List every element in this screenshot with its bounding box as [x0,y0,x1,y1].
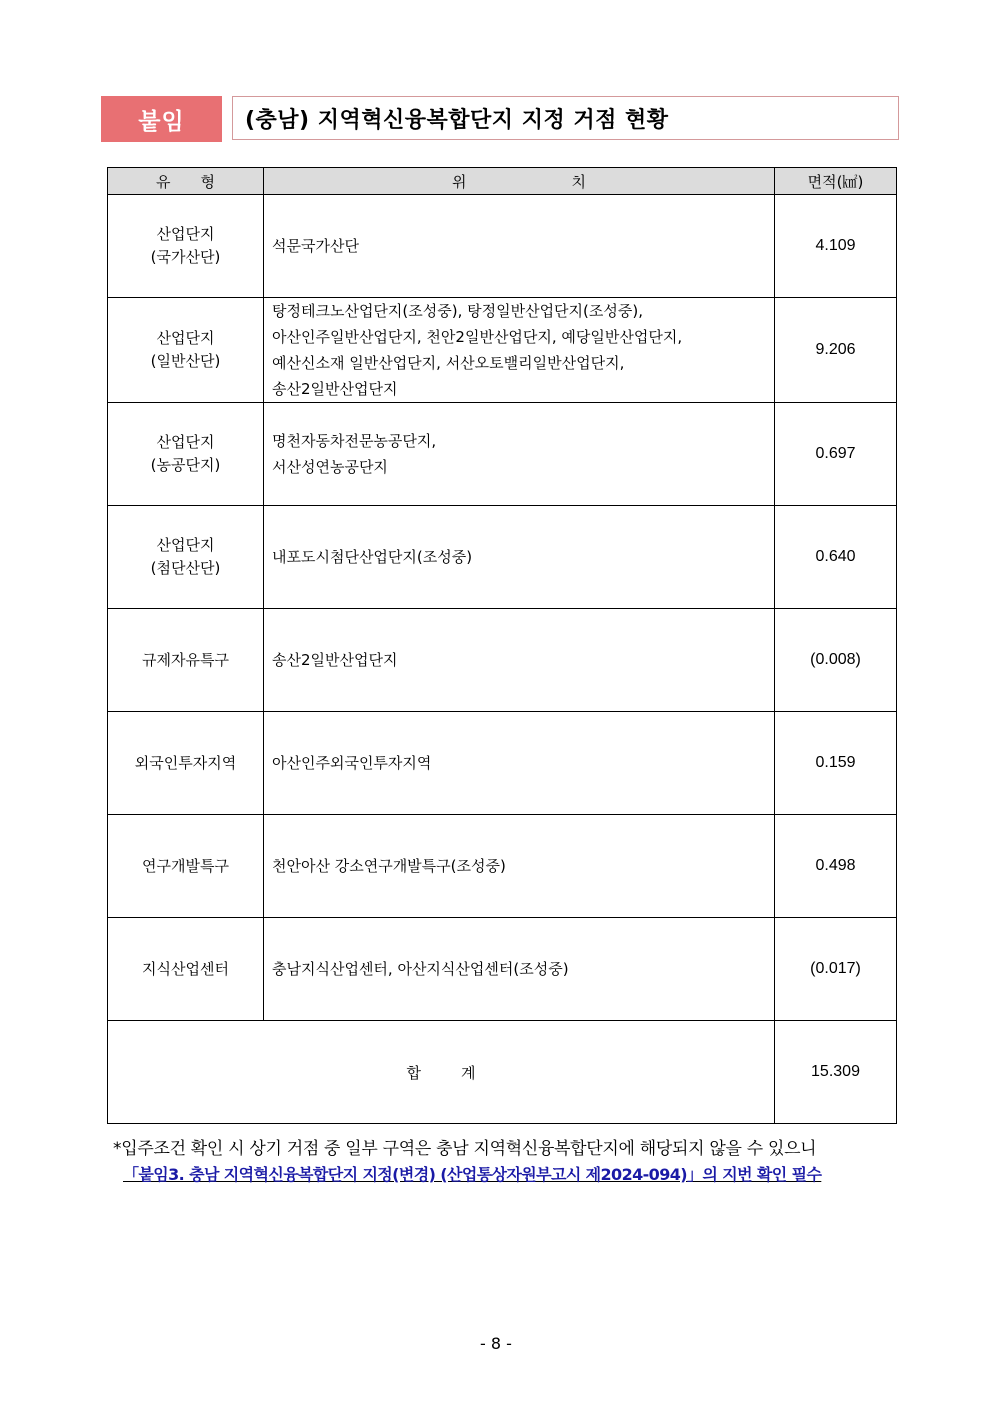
type-cell: 산업단지 (농공단지) [108,403,264,506]
type-label: 외국인투자지역 [108,752,263,775]
location-cell: 내포도시첨단산업단지(조성중) [264,506,775,609]
location-line: 탕정테크노산업단지(조성중), 탕정일반산업단지(조성중), [272,298,774,324]
table-row: 연구개발특구 천안아산 강소연구개발특구(조성중) 0.498 [108,815,897,918]
column-header-location: 위 치 [264,168,775,195]
area-cell: 0.498 [775,815,897,918]
location-cell: 아산인주외국인투자지역 [264,712,775,815]
location-line: 아산인주일반산업단지, 천안2일반산업단지, 예당일반산업단지, [272,324,774,350]
location-cell: 석문국가산단 [264,195,775,298]
type-cell: 연구개발특구 [108,815,264,918]
table-row: 외국인투자지역 아산인주외국인투자지역 0.159 [108,712,897,815]
location-line: 아산인주외국인투자지역 [272,750,774,776]
location-line: 명천자동차전문농공단지, [272,428,774,454]
column-header-area: 면적(㎢) [775,168,897,195]
location-line: 충남지식산업센터, 아산지식산업센터(조성중) [272,956,774,982]
type-label: 산업단지 [108,431,263,454]
location-cell: 천안아산 강소연구개발특구(조성중) [264,815,775,918]
type-cell: 산업단지 (국가산단) [108,195,264,298]
table-row: 산업단지 (첨단산단) 내포도시첨단산업단지(조성중) 0.640 [108,506,897,609]
type-label: 산업단지 [108,223,263,246]
location-line: 예산신소재 일반산업단지, 서산오토밸리일반산업단지, [272,350,774,376]
location-cell: 탕정테크노산업단지(조성중), 탕정일반산업단지(조성중), 아산인주일반산업단… [264,298,775,403]
type-cell: 산업단지 (일반산단) [108,298,264,403]
type-sublabel: (국가산단) [108,246,263,269]
table-row: 산업단지 (일반산단) 탕정테크노산업단지(조성중), 탕정일반산업단지(조성중… [108,298,897,403]
column-header-type: 유 형 [108,168,264,195]
title-box: (충남) 지역혁신융복합단지 지정 거점 현황 [232,96,899,140]
attachment-title-bar: 붙임 (충남) 지역혁신융복합단지 지정 거점 현황 [101,96,901,142]
table-row: 지식산업센터 충남지식산업센터, 아산지식산업센터(조성중) (0.017) [108,918,897,1021]
location-cell: 충남지식산업센터, 아산지식산업센터(조성중) [264,918,775,1021]
type-label: 지식산업센터 [108,958,263,981]
type-label: 규제자유특구 [108,649,263,672]
total-area-cell: 15.309 [775,1021,897,1124]
area-cell: 0.159 [775,712,897,815]
total-label-left: 합 [407,1064,422,1082]
location-line: 송산2일반산업단지 [272,647,774,673]
attachment-badge: 붙임 [101,96,222,142]
table-row: 산업단지 (농공단지) 명천자동차전문농공단지, 서산성연농공단지 0.697 [108,403,897,506]
location-cell: 송산2일반산업단지 [264,609,775,712]
table-header-row: 유 형 위 치 면적(㎢) [108,168,897,195]
type-sublabel: (농공단지) [108,454,263,477]
area-cell: 0.640 [775,506,897,609]
type-cell: 지식산업센터 [108,918,264,1021]
area-cell: 9.206 [775,298,897,403]
footnote-line: *입주조건 확인 시 상기 거점 중 일부 구역은 충남 지역혁신융복합단지에 … [113,1136,903,1162]
table-row: 규제자유특구 송산2일반산업단지 (0.008) [108,609,897,712]
page-title: (충남) 지역혁신융복합단지 지정 거점 현황 [245,103,669,134]
total-label-right: 계 [461,1064,476,1082]
location-line: 천안아산 강소연구개발특구(조성중) [272,853,774,879]
total-label-cell: 합계 [108,1021,775,1124]
type-sublabel: (일반산단) [108,350,263,373]
designated-sites-table: 유 형 위 치 면적(㎢) 산업단지 (국가산단) 석문국가산단 4.109 산… [107,167,897,1124]
area-cell: 4.109 [775,195,897,298]
type-cell: 규제자유특구 [108,609,264,712]
type-label: 산업단지 [108,534,263,557]
area-cell: (0.017) [775,918,897,1021]
area-cell: (0.008) [775,609,897,712]
location-cell: 명천자동차전문농공단지, 서산성연농공단지 [264,403,775,506]
type-label: 연구개발특구 [108,855,263,878]
page-number: - 8 - [0,1334,992,1353]
attachment-badge-label: 붙임 [138,103,184,136]
footnote-reference: 「붙임3. 충남 지역혁신융복합단지 지정(변경) (산업통상자원부고시 제20… [113,1162,903,1188]
location-line: 서산성연농공단지 [272,454,774,480]
location-line: 송산2일반산업단지 [272,376,774,402]
location-line: 석문국가산단 [272,233,774,259]
footnote: *입주조건 확인 시 상기 거점 중 일부 구역은 충남 지역혁신융복합단지에 … [113,1136,903,1188]
location-line: 내포도시첨단산업단지(조성중) [272,544,774,570]
type-label: 산업단지 [108,327,263,350]
type-sublabel: (첨단산단) [108,557,263,580]
type-cell: 외국인투자지역 [108,712,264,815]
type-cell: 산업단지 (첨단산단) [108,506,264,609]
table-row: 산업단지 (국가산단) 석문국가산단 4.109 [108,195,897,298]
area-cell: 0.697 [775,403,897,506]
total-row: 합계 15.309 [108,1021,897,1124]
